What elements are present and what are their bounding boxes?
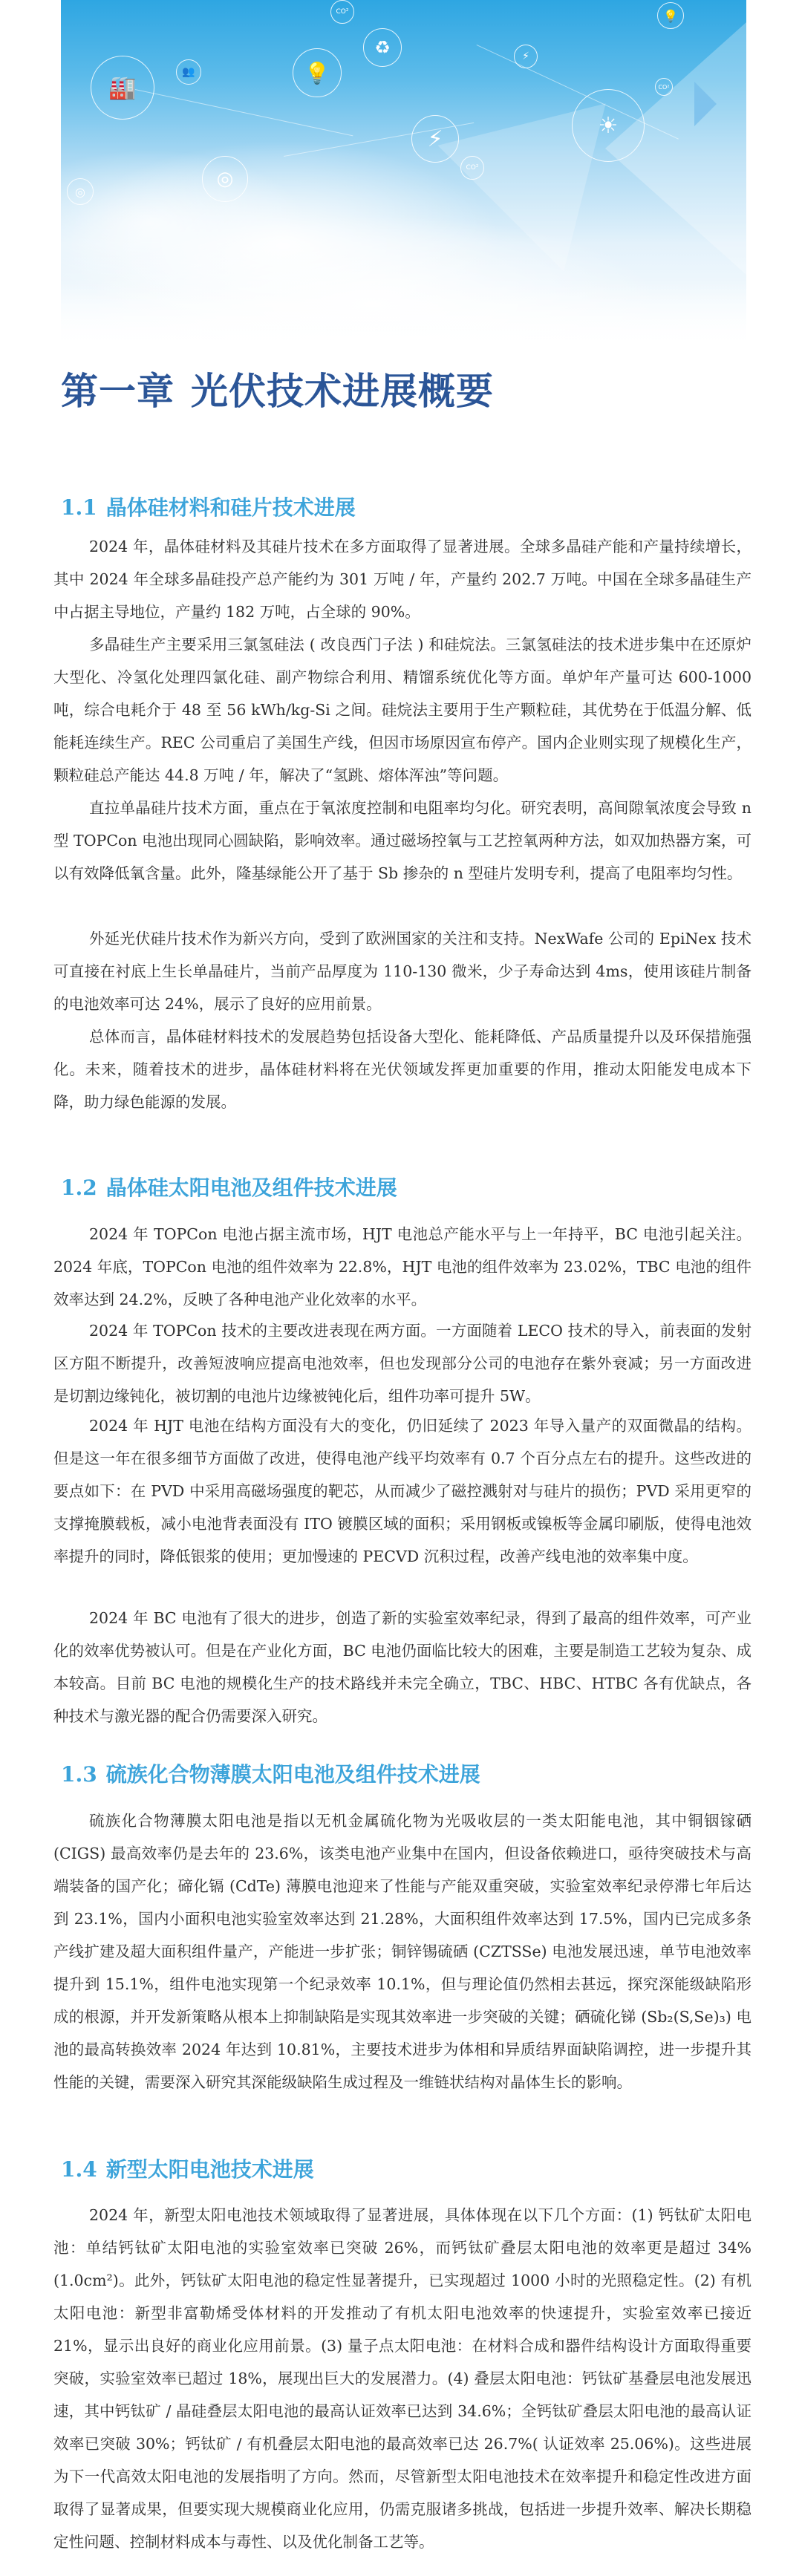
section-heading-1-4: 1.4新型太阳电池技术进展 [61, 2153, 314, 2183]
lightning-icon: ⚡ [514, 45, 538, 68]
paragraph: 直拉单晶硅片技术方面，重点在于氧浓度控制和电阻率均匀化。研究表明，高间隙氧浓度会… [53, 792, 752, 890]
co2-icon: CO² [460, 156, 484, 180]
paragraph: 总体而言，晶体硅材料技术的发展趋势包括设备大型化、能耗降低、产品质量提升以及环保… [53, 1020, 752, 1118]
hero-banner-image: 🏭 👥 💡 ♻ CO² ⚡ CO² ◎ ◎ ⚡ ☀ 💡 CO² [61, 0, 746, 349]
co2-icon: CO² [330, 0, 354, 24]
lightning-icon: ⚡ [411, 115, 459, 163]
factory-co2-icon: 🏭 [91, 56, 154, 120]
lightbulb-icon: 💡 [657, 2, 684, 29]
decorative-triangle [694, 82, 717, 126]
lightbulb-icon: 💡 [293, 48, 342, 97]
section-heading-1-2: 1.2晶体硅太阳电池及组件技术进展 [61, 1172, 397, 1201]
chapter-title-text: 光伏技术进展概要 [191, 369, 494, 413]
target-icon: ◎ [67, 178, 94, 205]
chapter-title: 第一章光伏技术进展概要 [61, 362, 494, 415]
paragraph: 多晶硅生产主要采用三氯氢硅法 ( 改良西门子法 ) 和硅烷法。三氯氢硅法的技术进… [53, 628, 752, 792]
paragraph: 外延光伏硅片技术作为新兴方向，受到了欧洲国家的关注和支持。NexWafe 公司的… [53, 922, 752, 1020]
paragraph: 2024 年，新型太阳电池技术领域取得了显著进展，具体体现在以下几个方面：(1)… [53, 2199, 752, 2558]
chapter-number: 第一章 [61, 369, 175, 413]
target-icon: ◎ [202, 156, 248, 202]
paragraph: 2024 年 BC 电池有了很大的进步，创造了新的实验室效率纪录，得到了最高的组… [53, 1602, 752, 1732]
paragraph: 2024 年 TOPCon 技术的主要改进表现在两方面。一方面随着 LECO 技… [53, 1314, 752, 1412]
section-heading-1-1: 1.1晶体硅材料和硅片技术进展 [61, 492, 356, 521]
paragraph: 2024 年 HJT 电池在结构方面没有大的变化，仍旧延续了 2023 年导入量… [53, 1409, 752, 1573]
section-heading-1-3: 1.3硫族化合物薄膜太阳电池及组件技术进展 [61, 1758, 480, 1788]
paragraph: 硫族化合物薄膜太阳电池是指以无机金属硫化物为光吸收层的一类太阳能电池，其中铜铟镓… [53, 1804, 752, 2099]
paragraph: 2024 年 TOPCon 电池占据主流市场，HJT 电池总产能水平与上一年持平… [53, 1218, 752, 1316]
solar-panel-icon: ☀ [572, 89, 645, 162]
recycle-icon: ♻ [363, 28, 402, 67]
co2-icon: CO² [655, 78, 673, 96]
people-icon: 👥 [176, 59, 201, 85]
paragraph: 2024 年，晶体硅材料及其硅片技术在多方面取得了显著进展。全球多晶硅产能和产量… [53, 530, 752, 628]
